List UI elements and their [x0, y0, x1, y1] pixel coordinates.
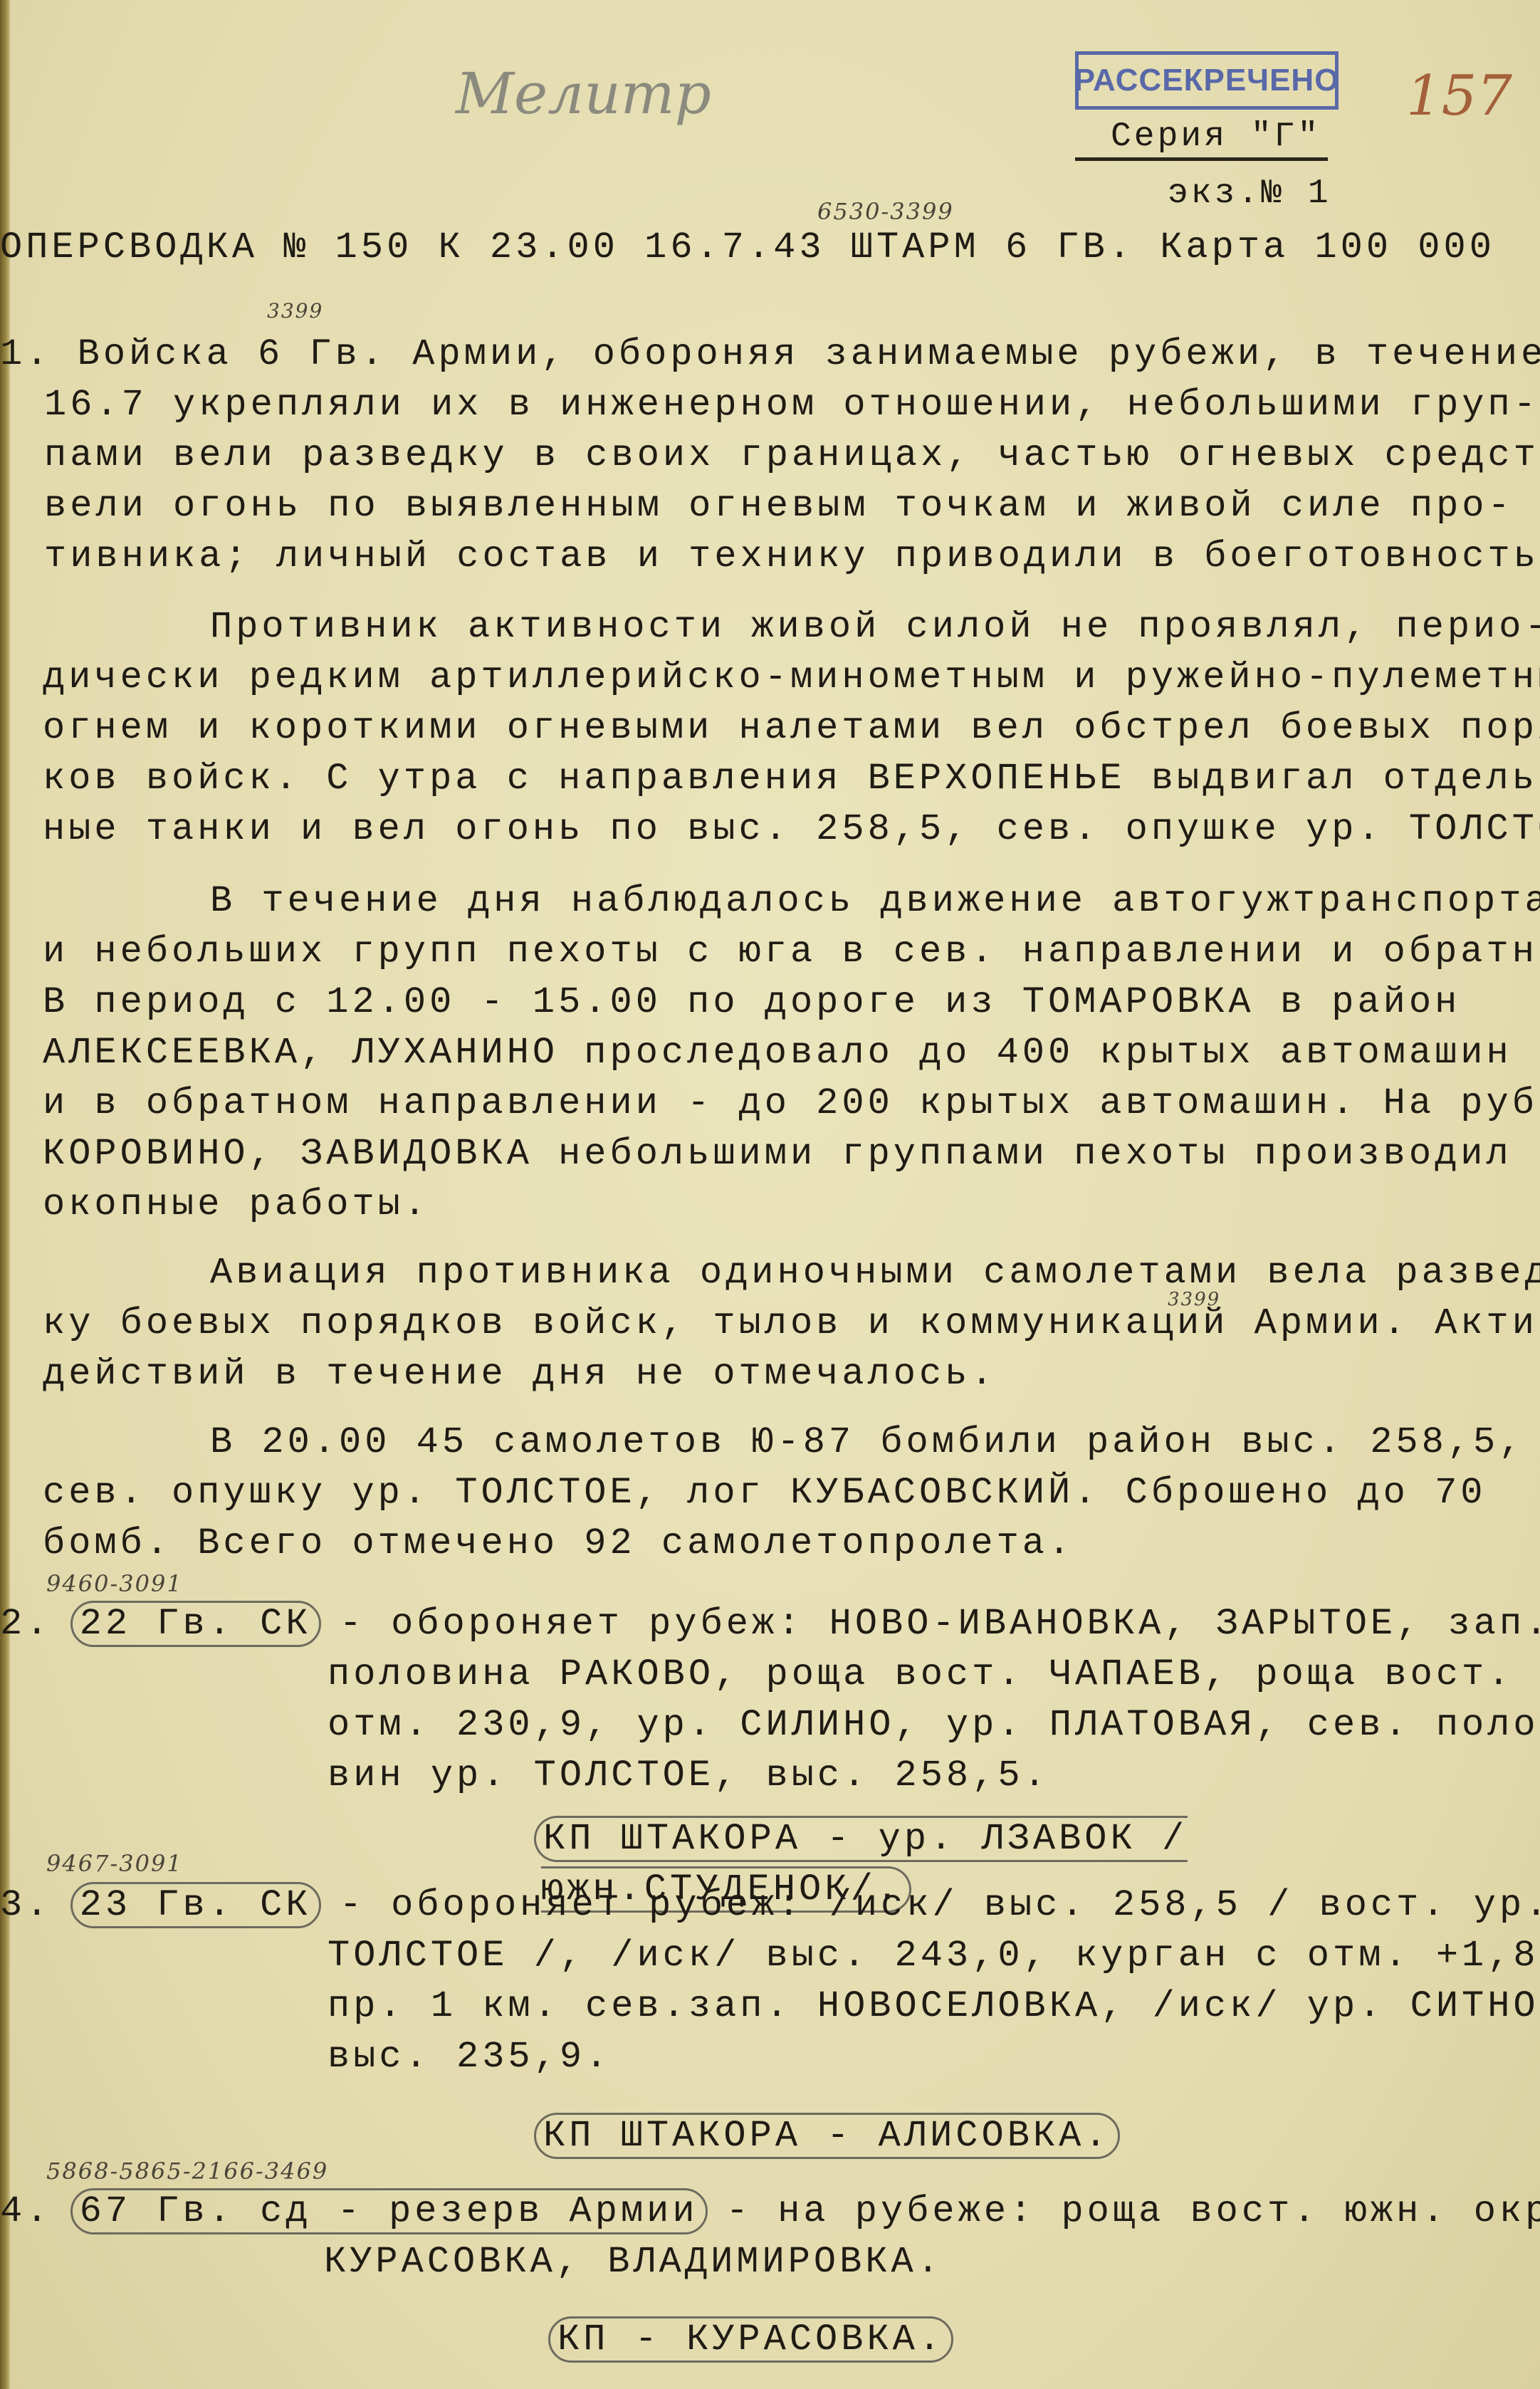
- text-line: окопные работы.: [43, 1179, 1509, 1230]
- unit-number: 4.: [0, 2190, 51, 2232]
- command-post: КП - КУРАСОВКА.: [548, 2316, 953, 2363]
- unit1-annotation: 9460-3091: [46, 1570, 183, 1597]
- text-line: 1. Войска 6 Гв. Армии, обороняя занимаем…: [0, 329, 1467, 380]
- paragraph-2: Противник активности живой силой не проя…: [43, 602, 1509, 854]
- text-line: тивника; личный состав и технику приводи…: [0, 531, 1467, 582]
- text-line: КУРАСОВКА, ВЛАДИМИРОВКА.: [0, 2237, 1467, 2287]
- text-line: действий в течение дня не отмечалось.: [43, 1349, 1509, 1399]
- text-line: ков войск. С утра с направления ВЕРХОПЕН…: [43, 753, 1509, 804]
- text-line: пами вели разведку в своих границах, час…: [0, 430, 1467, 481]
- text-line: Авиация противника одиночными самолетами…: [43, 1248, 1509, 1298]
- text-line: КОРОВИНО, ЗАВИДОВКА небольшими группами …: [43, 1129, 1509, 1179]
- text-line: АЛЕКСЕЕВКА, ЛУХАНИНО проследовало до 400…: [43, 1028, 1509, 1078]
- text-line: вели огонь по выявленным огневым точкам …: [0, 481, 1467, 531]
- unit-number: 3.: [0, 1884, 51, 1926]
- report-title: ОПЕРСВОДКА № 150 К 23.00 16.7.43 ШТАРМ 6…: [0, 226, 1495, 268]
- command-post: КП ШТАКОРА - АЛИСОВКА.: [534, 2113, 1120, 2159]
- text-line: пр. 1 км. сев.зап. НОВОСЕЛОВКА, /иск/ ур…: [0, 1981, 1467, 2032]
- text-line: дически редким артиллерийско-минометным …: [43, 652, 1509, 703]
- text-line: и небольших групп пехоты с юга в сев. на…: [43, 926, 1509, 977]
- unit-23-gv-sk: 3. 23 Гв. СК - обороняет рубеж: /иск/ вы…: [0, 1880, 1467, 2161]
- title-annotation: 6530-3399: [817, 198, 954, 225]
- text-line: и в обратном направлении - до 200 крытых…: [43, 1078, 1509, 1129]
- text-line: отм. 230,9, ур. СИЛИНО, ур. ПЛАТОВАЯ, се…: [0, 1700, 1467, 1750]
- text-line: - обороняет рубеж: /иск/ выс. 258,5 / во…: [340, 1884, 1540, 1926]
- pencil-note: Мелитр: [456, 61, 711, 127]
- text-line: половина РАКОВО, роща вост. ЧАПАЕВ, роща…: [0, 1649, 1467, 1700]
- paragraph-4: Авиация противника одиночными самолетами…: [43, 1248, 1509, 1399]
- text-line: сев. опушку ур. ТОЛСТОЕ, лог КУБАСОВСКИЙ…: [43, 1468, 1509, 1518]
- paragraph-3: В течение дня наблюдалось движение автог…: [43, 876, 1509, 1230]
- unit-name: 23 Гв. СК: [70, 1882, 321, 1928]
- text-line: - обороняет рубеж: НОВО-ИВАНОВКА, ЗАРЫТО…: [340, 1603, 1540, 1645]
- text-line: В 20.00 45 самолетов Ю-87 бомбили район …: [43, 1417, 1509, 1468]
- text-line: ку боевых порядков войск, тылов и коммун…: [43, 1298, 1509, 1349]
- text-line: 16.7 укрепляли их в инженерном отношении…: [0, 380, 1467, 430]
- series-label: Серия "Г": [1075, 117, 1328, 161]
- unit-67-gv-sd: 4. 67 Гв. сд - резерв Армии - на рубеже:…: [0, 2186, 1467, 2365]
- text-line: выс. 235,9.: [0, 2032, 1467, 2082]
- text-line: Противник активности живой силой не проя…: [43, 602, 1509, 652]
- stamp-text: РАССЕКРЕЧЕНО: [1074, 63, 1340, 98]
- text-line: - на рубеже: роща вост. южн. окр.: [726, 2190, 1540, 2232]
- para1-annotation: 3399: [267, 299, 323, 323]
- text-line: огнем и короткими огневыми налетами вел …: [43, 703, 1509, 753]
- text-line: ные танки и вел огонь по выс. 258,5, сев…: [43, 804, 1509, 854]
- paragraph-5: В 20.00 45 самолетов Ю-87 бомбили район …: [43, 1417, 1509, 1569]
- text-line: В период с 12.00 - 15.00 по дороге из ТО…: [43, 977, 1509, 1028]
- unit-name: 67 Гв. сд - резерв Армии: [70, 2188, 708, 2234]
- unit3-annotation: 5868-5865-2166-3469: [46, 2158, 328, 2185]
- unit-22-gv-sk: 2. 22 Гв. СК - обороняет рубеж: НОВО-ИВА…: [0, 1599, 1467, 1915]
- text-line: В течение дня наблюдалось движение автог…: [43, 876, 1509, 926]
- text-line: ТОЛСТОЕ /, /иск/ выс. 243,0, курган с от…: [0, 1930, 1467, 1981]
- unit-number: 2.: [0, 1603, 51, 1645]
- unit-name: 22 Гв. СК: [70, 1601, 321, 1647]
- declassified-stamp: РАССЕКРЕЧЕНО: [1075, 51, 1339, 110]
- paragraph-1: 1. Войска 6 Гв. Армии, обороняя занимаем…: [0, 329, 1467, 582]
- text-line: бомб. Всего отмечено 92 самолетопролета.: [43, 1518, 1509, 1569]
- copy-number: экз.№ 1: [1168, 174, 1331, 213]
- folio-number: 157: [1406, 64, 1512, 128]
- unit2-annotation: 9467-3091: [46, 1850, 183, 1877]
- text-line: вин ур. ТОЛСТОЕ, выс. 258,5.: [0, 1750, 1467, 1801]
